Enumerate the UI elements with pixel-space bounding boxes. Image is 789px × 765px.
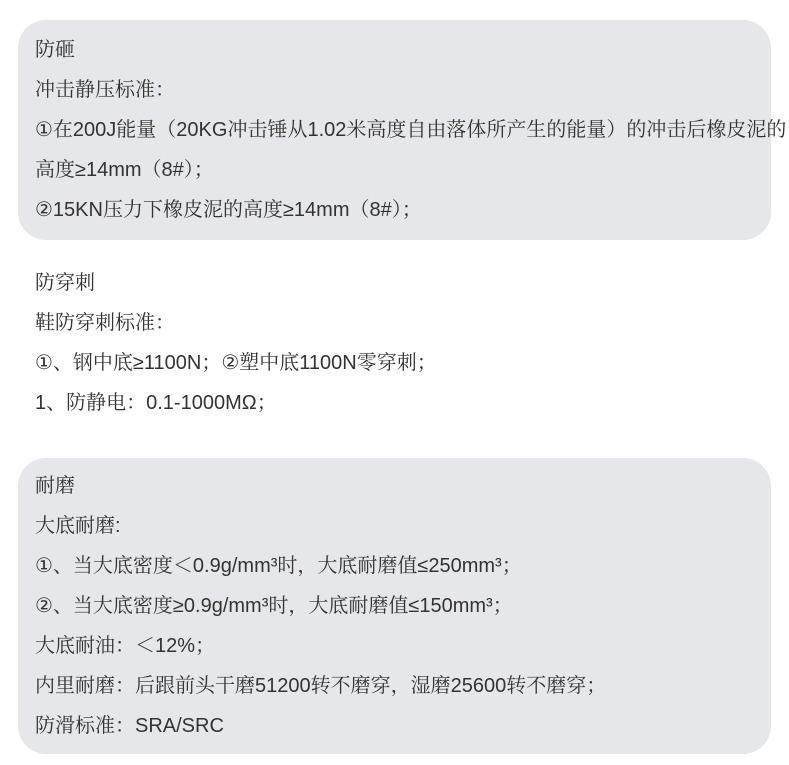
anti-puncture-title: 防穿刺 [35, 263, 754, 303]
antistatic-line: 1、防静电：0.1-1000MΩ； [35, 383, 754, 423]
midsole-line: ①、钢中底≥1100N；②塑中底1100N零穿刺； [35, 343, 754, 383]
oil-resistance-line: 大底耐油：＜12%； [35, 626, 754, 666]
impact-standard-heading: 冲击静压标准： [35, 70, 754, 110]
impact-height-line: 高度≥14mm（8#）； [35, 150, 754, 190]
wear-resistance-title: 耐磨 [35, 466, 754, 506]
impact-energy-line: ①在200J能量（20KG冲击锤从1.02米高度自由落体所产生的能量）的冲击后橡… [35, 110, 754, 150]
anti-puncture-section: 防穿刺 鞋防穿刺标准： ①、钢中底≥1100N；②塑中底1100N零穿刺； 1、… [18, 263, 771, 423]
wear-resistance-card: 耐磨 大底耐磨: ①、当大底密度＜0.9g/mm³时，大底耐磨值≤250mm³；… [18, 458, 771, 754]
lining-abrasion-line: 内里耐磨：后跟前头干磨51200转不磨穿，湿磨25600转不磨穿； [35, 666, 754, 706]
puncture-standard-heading: 鞋防穿刺标准： [35, 303, 754, 343]
anti-smash-title: 防砸 [35, 30, 754, 70]
abrasion-low-density-line: ①、当大底密度＜0.9g/mm³时，大底耐磨值≤250mm³； [35, 546, 754, 586]
anti-smash-card: 防砸 冲击静压标准： ①在200J能量（20KG冲击锤从1.02米高度自由落体所… [18, 20, 771, 240]
slip-resistance-line: 防滑标准：SRA/SRC [35, 706, 754, 746]
outsole-abrasion-heading: 大底耐磨: [35, 506, 754, 546]
abrasion-high-density-line: ②、当大底密度≥0.9g/mm³时，大底耐磨值≤150mm³； [35, 586, 754, 626]
static-pressure-line: ②15KN压力下橡皮泥的高度≥14mm（8#）； [35, 190, 754, 230]
